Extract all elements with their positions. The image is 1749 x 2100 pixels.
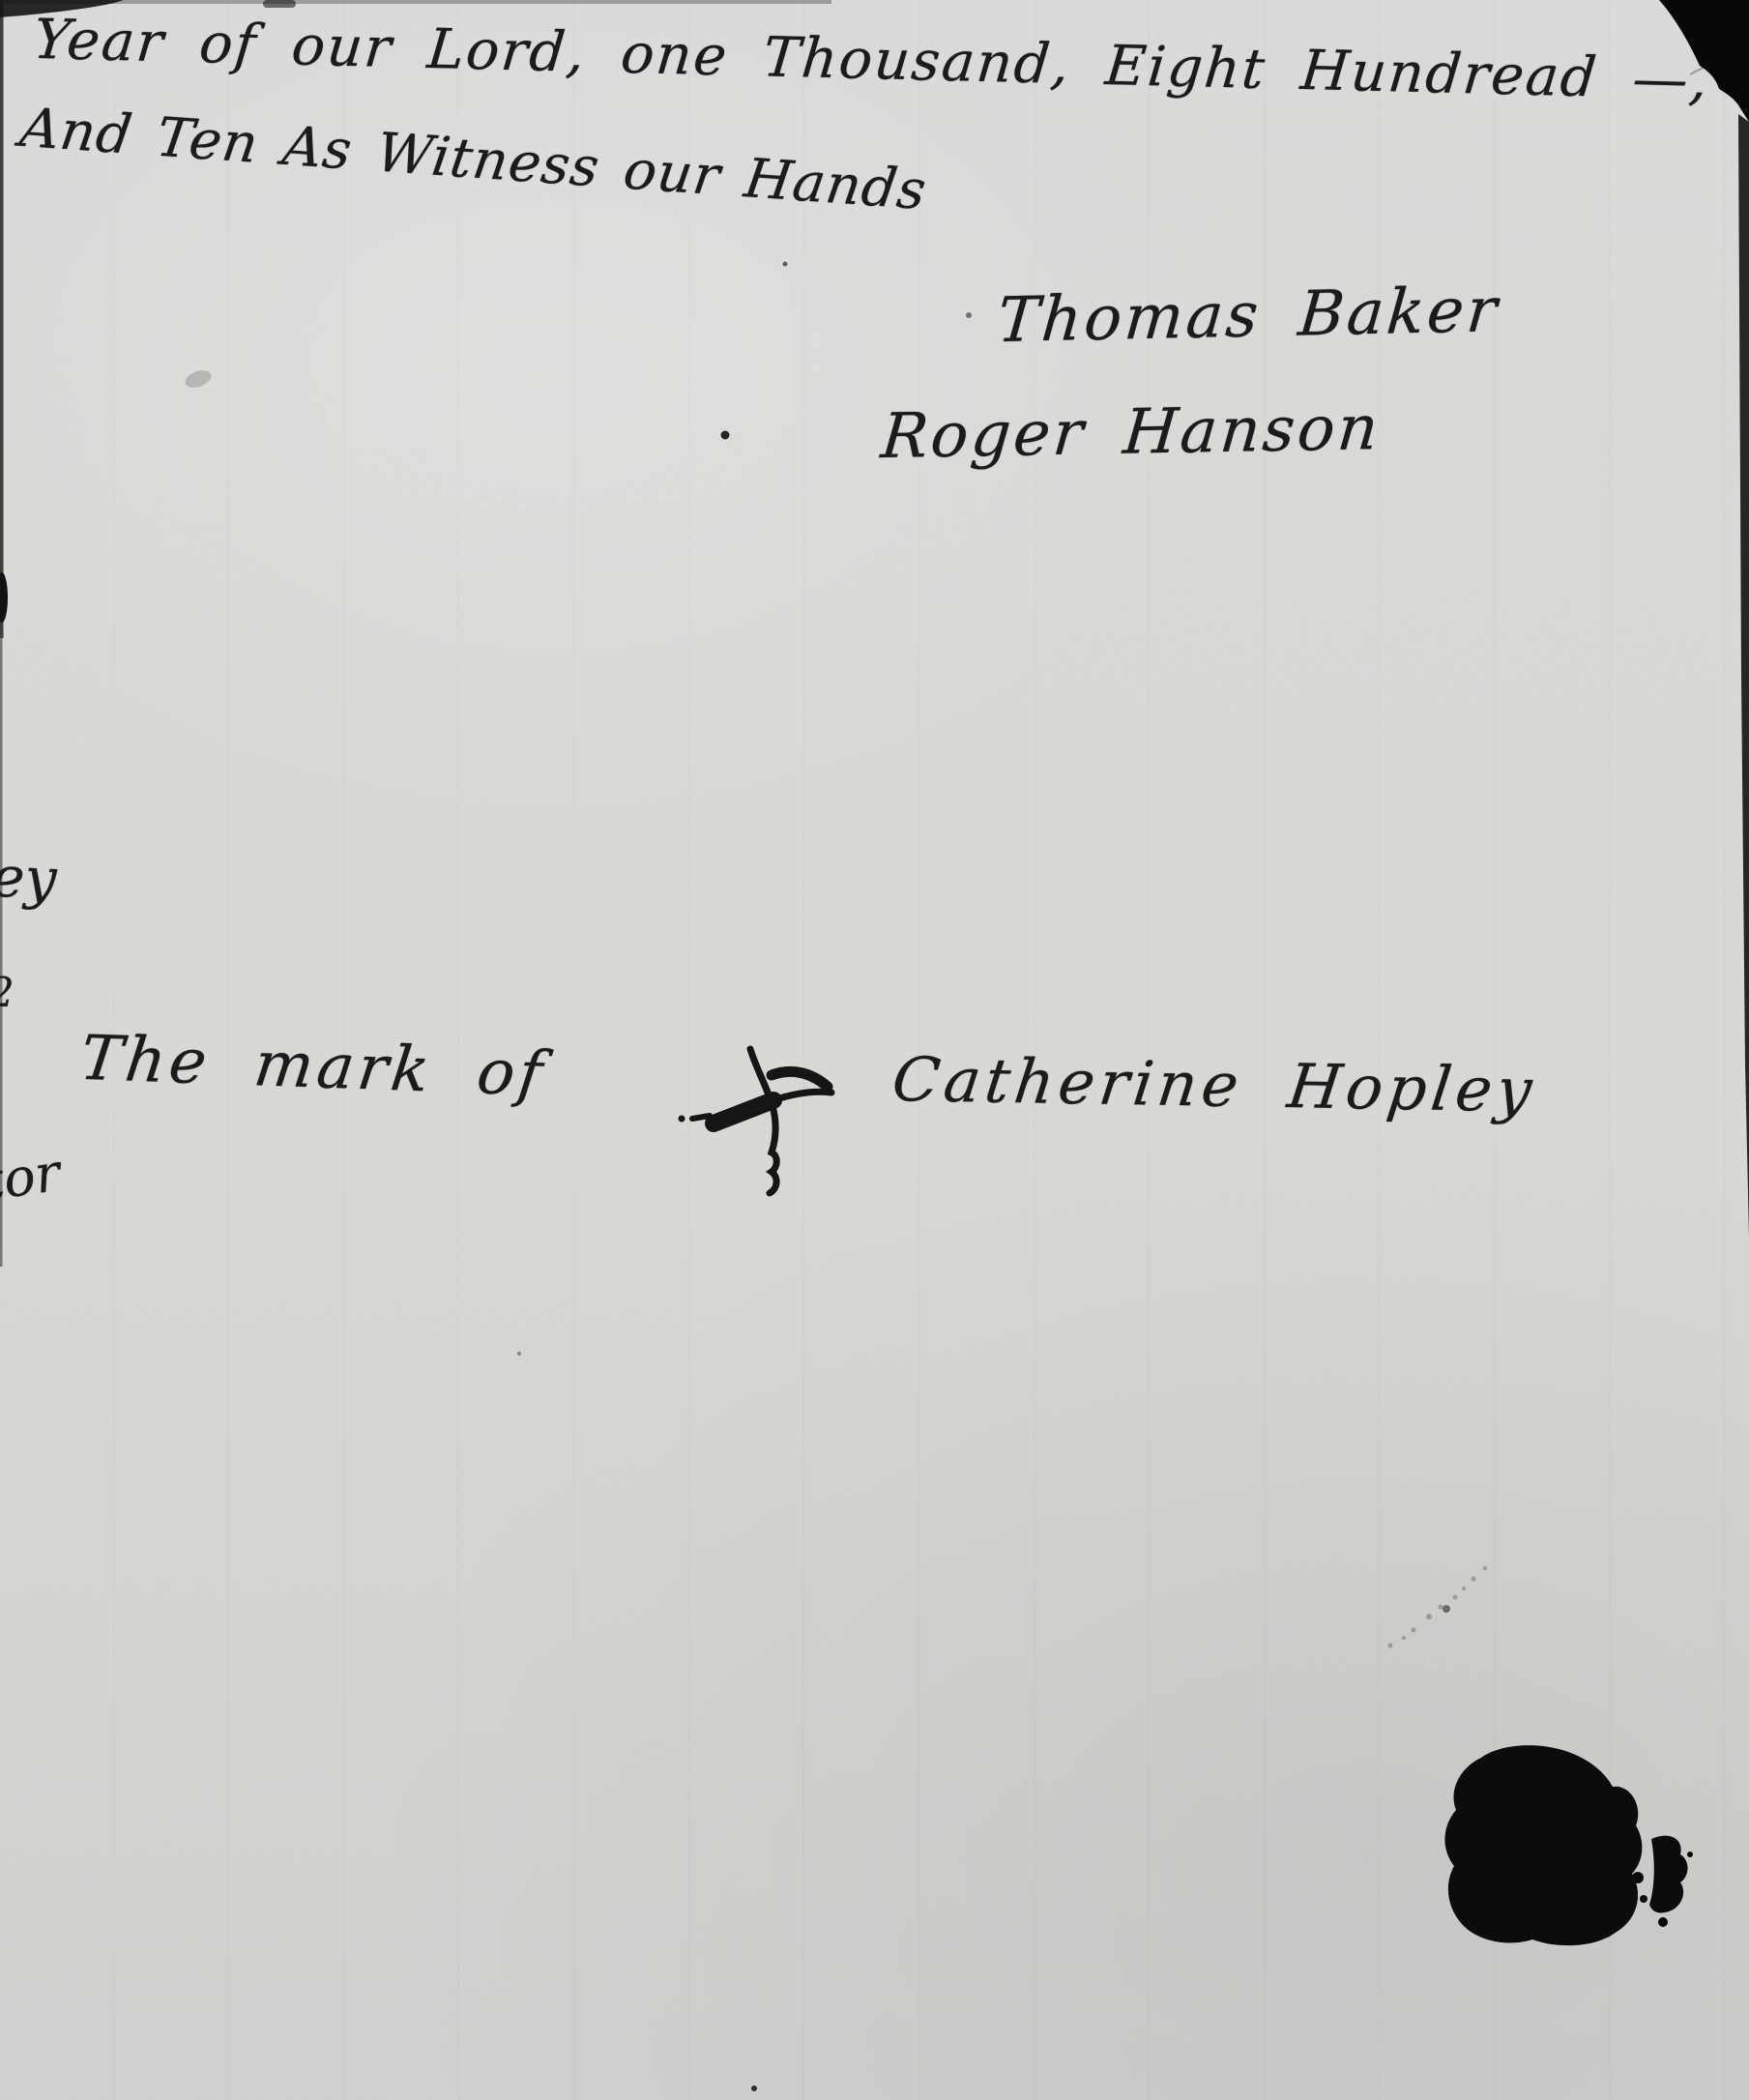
paper-grain xyxy=(0,0,1749,2100)
scan-artifacts-layer xyxy=(0,0,1749,2100)
scanned-document-page: Year of our Lord, one Thousand, Eight Hu… xyxy=(0,0,1749,2100)
